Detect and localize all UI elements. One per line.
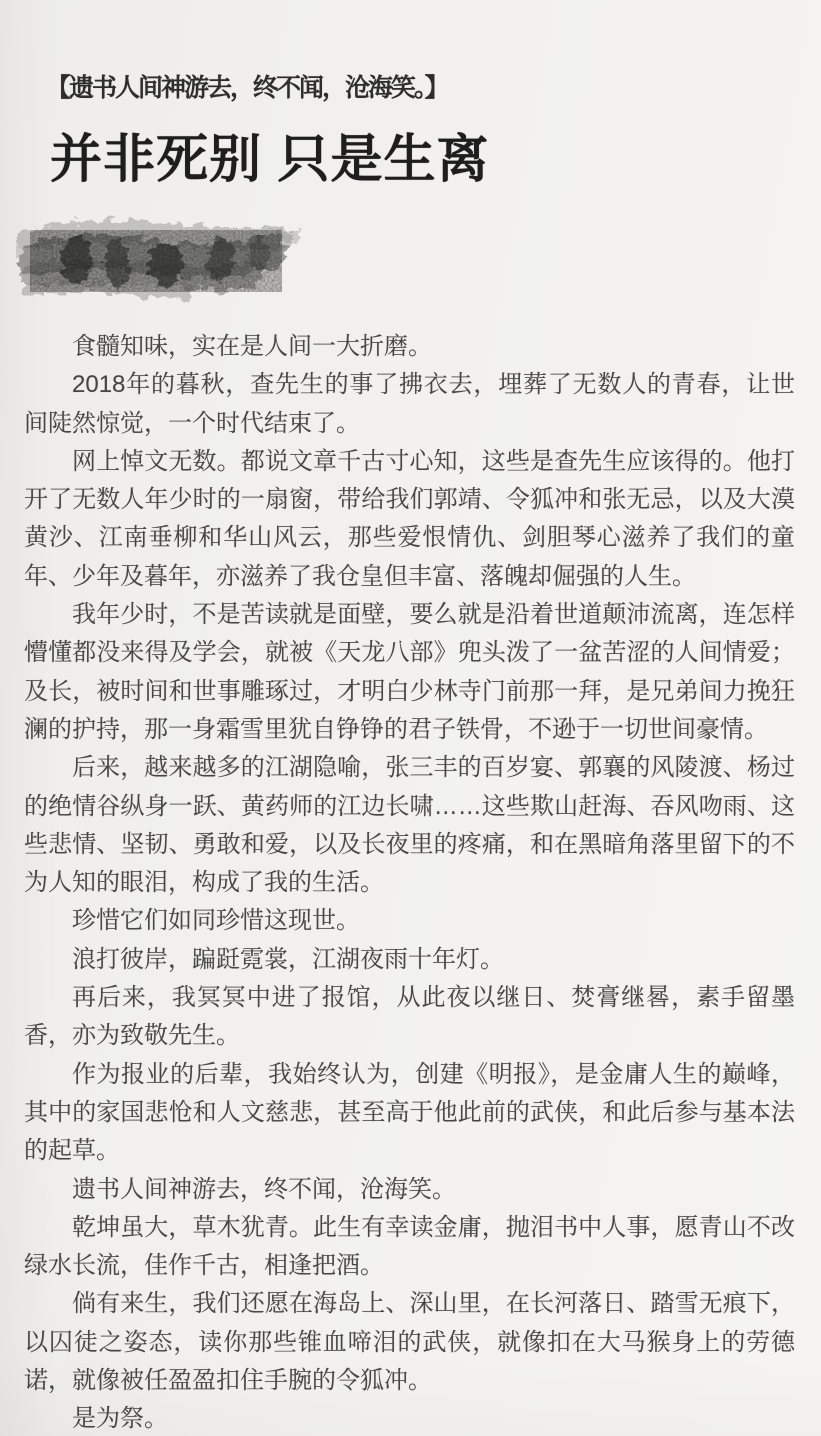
article-paragraph: 后来，越来越多的江湖隐喻，张三丰的百岁宴、郭襄的风陵渡、杨过的绝情谷纵身一跃、黄… (24, 749, 795, 902)
article-title: 并非死别 只是生离 (50, 130, 821, 190)
article-paragraph: 2018年的暮秋，查先生的事了拂衣去，埋葬了无数人的青春，让世间陡然惊觉，一个时… (24, 366, 795, 443)
article-kicker: 【遗书人间神游去，终不闻，沧海笑。】 (46, 72, 821, 104)
article-paragraph: 乾坤虽大，草木犹青。此生有幸读金庸，抛泪书中人事，愿青山不改绿水长流，佳作千古，… (24, 1209, 795, 1286)
article-body: 食髓知味，实在是人间一大折磨。2018年的暮秋，查先生的事了拂衣去，埋葬了无数人… (24, 328, 795, 1436)
article-paragraph: 遗书人间神游去，终不闻，沧海笑。 (24, 1171, 795, 1209)
article-paragraph: 网上悼文无数。都说文章千古寸心知，这些是查先生应该得的。他打开了无数人年少时的一… (24, 443, 795, 596)
article-paragraph: 珍惜它们如同珍惜这现世。 (24, 902, 795, 940)
article-paragraph: 倘有来生，我们还愿在海岛上、深山里，在长河落日、踏雪无痕下，以囚徒之姿态，读你那… (24, 1285, 795, 1400)
byline-redaction-scribble-icon (16, 212, 306, 304)
article-paragraph: 是为祭。 (24, 1400, 795, 1436)
article-paragraph: 食髓知味，实在是人间一大折磨。 (24, 328, 795, 366)
article-paragraph: 作为报业的后辈，我始终认为，创建《明报》，是金庸人生的巅峰，其中的家国悲怆和人文… (24, 1056, 795, 1171)
article-paragraph: 浪打彼岸，蹁跹霓裳，江湖夜雨十年灯。 (24, 941, 795, 979)
scanned-article-page: 【遗书人间神游去，终不闻，沧海笑。】 并非死别 只是生离 (0, 0, 821, 1436)
article-paragraph: 再后来，我冥冥中进了报馆，从此夜以继日、焚膏继晷，素手留墨香，亦为致敬先生。 (24, 979, 795, 1056)
article-paragraph: 我年少时，不是苦读就是面壁，要么就是沿着世道颠沛流离，连怎样懵懂都没来得及学会，… (24, 596, 795, 749)
